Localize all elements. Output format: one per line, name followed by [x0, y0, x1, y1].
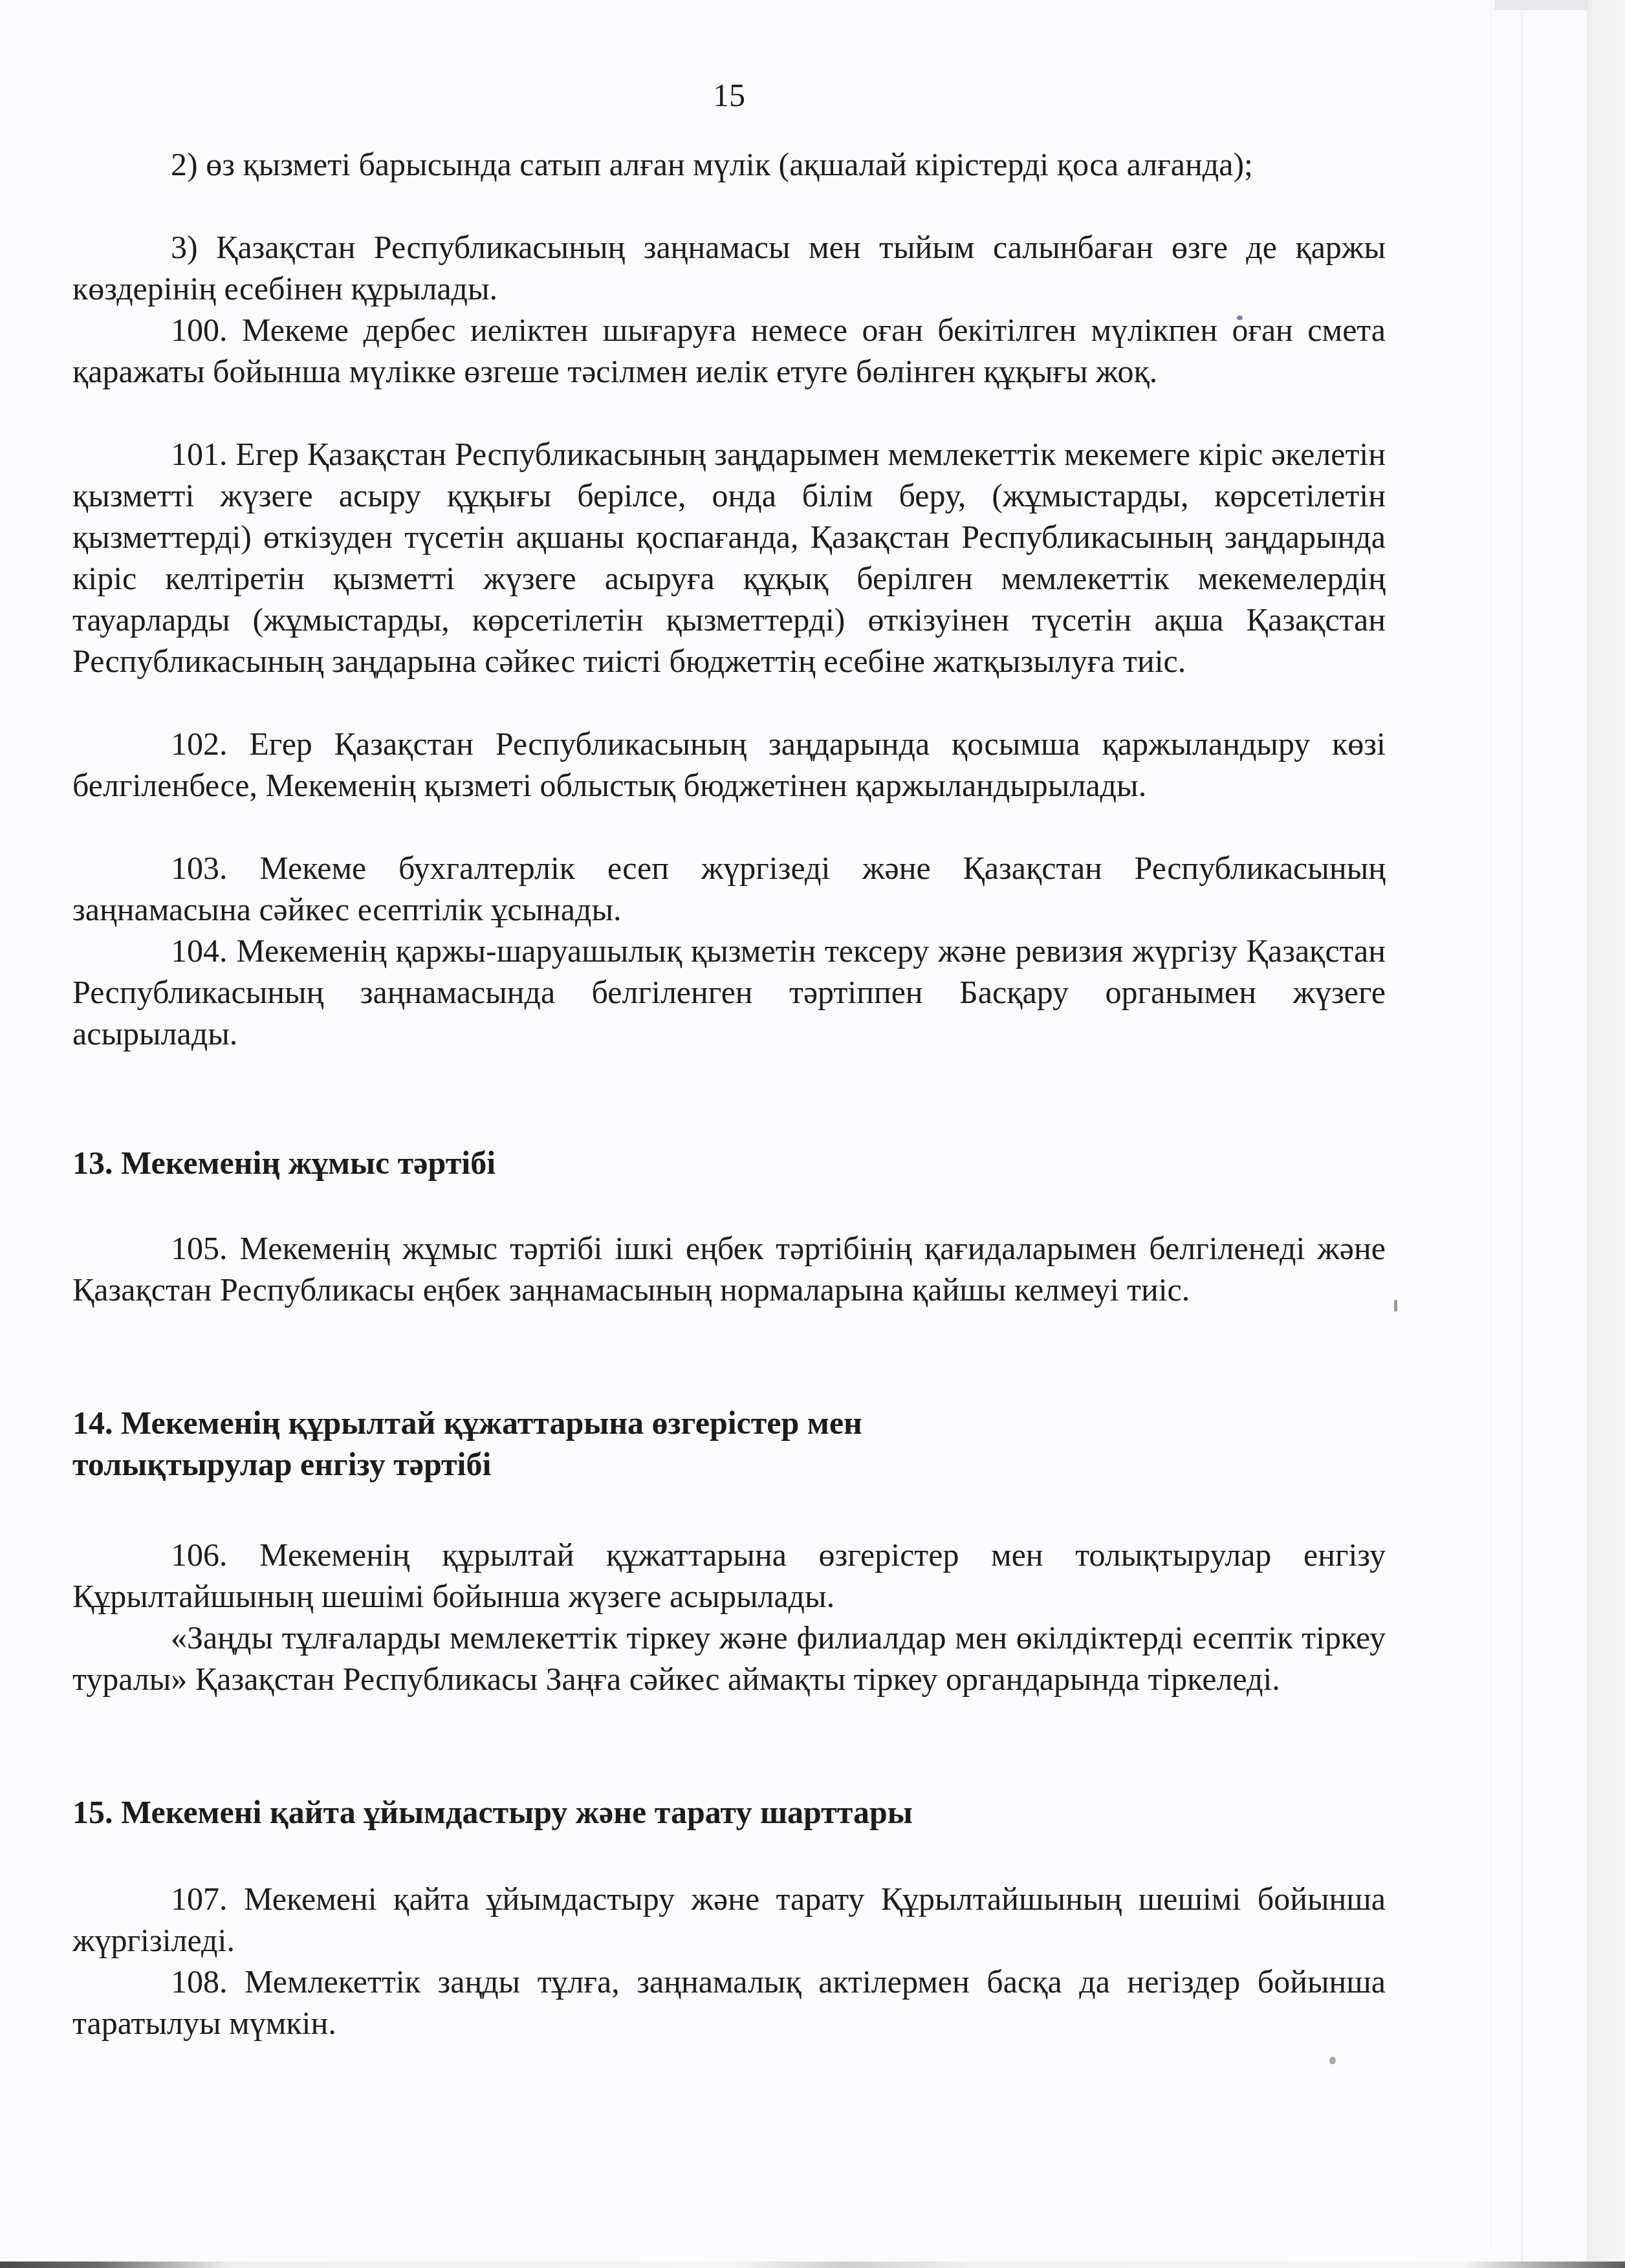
- paragraph-text: 105. Мекеменің жұмыс тәртібі ішкі еңбек …: [72, 1227, 1386, 1310]
- scan-fold-line: [1491, 0, 1492, 2251]
- paragraph-text: 3) Қазақстан Республикасының заңнамасы м…: [72, 226, 1386, 309]
- paragraph: 103. Мекеме бухгалтерлік есеп жүргізеді …: [72, 847, 1386, 930]
- paragraph-text: 107. Мекемені қайта ұйымдастыру және тар…: [72, 1878, 1386, 1961]
- section-heading-13: 13. Мекеменің жұмыс тәртібі: [72, 1142, 1386, 1183]
- scan-fold-line: [1521, 12, 1522, 2262]
- scan-bottom-shadow: [0, 2262, 1625, 2268]
- paragraph-text: 108. Мемлекеттік заңды тұлға, заңнамалық…: [72, 1961, 1386, 2044]
- paragraph: 3) Қазақстан Республикасының заңнамасы м…: [72, 226, 1386, 309]
- paragraph: 100. Мекеме дербес иеліктен шығаруға нем…: [72, 309, 1386, 392]
- scan-speck: [1329, 2057, 1336, 2064]
- paragraph: 105. Мекеменің жұмыс тәртібі ішкі еңбек …: [72, 1227, 1386, 1310]
- section-heading: 14. Мекеменің құрылтай құжаттарына өзгер…: [72, 1402, 1386, 1485]
- section-heading: 15. Мекемені қайта ұйымдастыру және тара…: [72, 1791, 1386, 1833]
- section-heading: 13. Мекеменің жұмыс тәртібі: [72, 1142, 1386, 1183]
- scan-speck: [1394, 1300, 1397, 1312]
- paragraph-text: 101. Егер Қазақстан Республикасының заңд…: [72, 433, 1386, 682]
- paragraph: 104. Мекеменің қаржы-шаруашылық қызметін…: [72, 930, 1386, 1054]
- paragraph-text: 106. Мекеменің құрылтай құжаттарына өзге…: [72, 1534, 1386, 1617]
- paragraph: 102. Егер Қазақстан Республикасының заңд…: [72, 723, 1386, 806]
- section-heading-14-line2: толықтырулар енгізу тәртібі: [72, 1443, 1386, 1485]
- paragraph-text: 100. Мекеме дербес иеліктен шығаруға нем…: [72, 309, 1386, 392]
- paragraph-text: 103. Мекеме бухгалтерлік есеп жүргізеді …: [72, 847, 1386, 930]
- paragraph-text: «Заңды тұлғаларды мемлекеттік тіркеу жән…: [72, 1617, 1386, 1700]
- section-heading-15: 15. Мекемені қайта ұйымдастыру және тара…: [72, 1791, 1386, 1833]
- paragraph: 106. Мекеменің құрылтай құжаттарына өзге…: [72, 1534, 1386, 1617]
- paragraph: «Заңды тұлғаларды мемлекеттік тіркеу жән…: [72, 1617, 1386, 1700]
- paragraph: 108. Мемлекеттік заңды тұлға, заңнамалық…: [72, 1961, 1386, 2044]
- paragraph: 107. Мекемені қайта ұйымдастыру және тар…: [72, 1878, 1386, 1961]
- section-heading-14-line1: 14. Мекеменің құрылтай құжаттарына өзгер…: [72, 1402, 1386, 1443]
- paragraph-text: 2) өз қызметі барысында сатып алған мүлі…: [72, 144, 1386, 185]
- paragraph-text: 102. Егер Қазақстан Республикасының заңд…: [72, 723, 1386, 806]
- page-number: 15: [72, 76, 1386, 114]
- paragraph: 2) өз қызметі барысында сатып алған мүлі…: [72, 144, 1386, 185]
- scan-edge-artifact: [1494, 0, 1591, 10]
- paragraph-text: 104. Мекеменің қаржы-шаруашылық қызметін…: [72, 930, 1386, 1054]
- scan-edge-artifact: [1587, 0, 1625, 2268]
- paragraph: 101. Егер Қазақстан Республикасының заңд…: [72, 433, 1386, 682]
